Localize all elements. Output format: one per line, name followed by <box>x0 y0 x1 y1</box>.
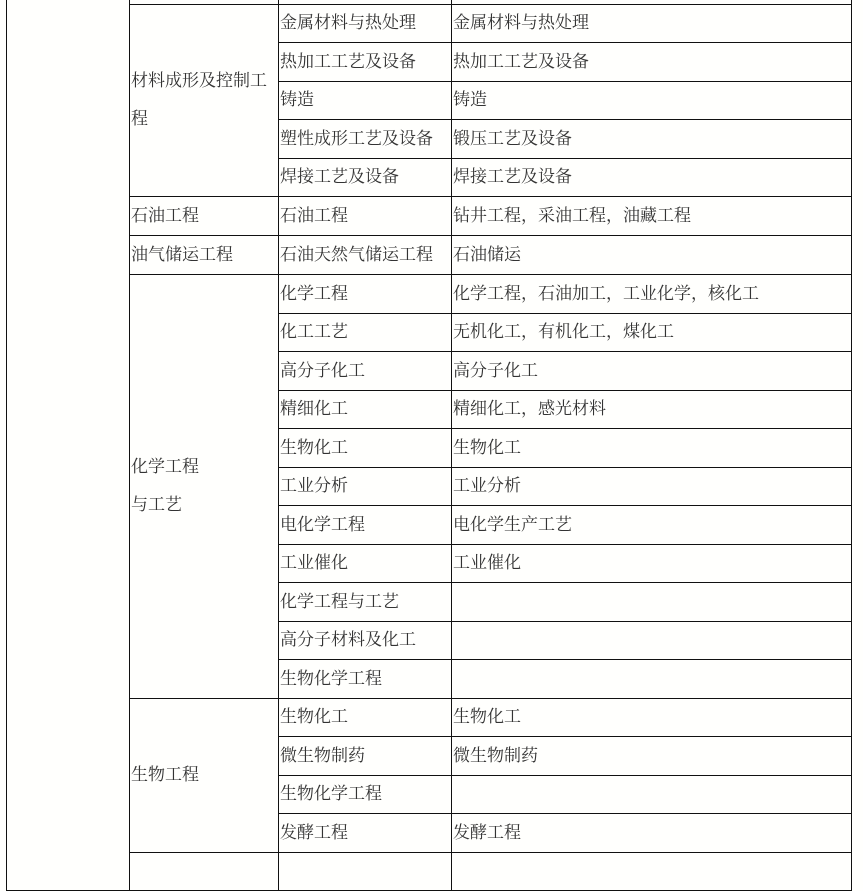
table-row: 化学工程 与工艺 化学工程 化学工程，石油加工，工业化学，核化工 <box>7 275 852 314</box>
major-cell: 化工工艺 <box>279 313 452 352</box>
old-major-cell: 工业分析 <box>452 467 852 506</box>
major-mapping-table: 材料成形及控制工程 金属材料与热处理 金属材料与热处理 热加工工艺及设备 热加工… <box>6 0 852 866</box>
major-cell: 生物化学工程 <box>279 775 452 814</box>
major-cell: 生物化工 <box>279 429 452 468</box>
old-major-cell <box>452 852 852 866</box>
category-cell <box>130 852 279 866</box>
major-cell: 生物化学工程 <box>279 660 452 699</box>
old-major-cell: 石油储运 <box>452 236 852 275</box>
category-cell: 生物工程 <box>130 698 279 852</box>
category-line-2: 与工艺 <box>131 486 278 524</box>
old-major-cell: 铸造 <box>452 81 852 120</box>
major-cell: 电化学工程 <box>279 506 452 545</box>
old-major-cell: 锻压工艺及设备 <box>452 120 852 159</box>
major-cell: 发酵工程 <box>279 814 452 853</box>
major-cell: 铸造 <box>279 81 452 120</box>
major-cell: 焊接工艺及设备 <box>279 158 452 197</box>
table-container: 材料成形及控制工程 金属材料与热处理 金属材料与热处理 热加工工艺及设备 热加工… <box>6 0 852 866</box>
old-major-cell: 无机化工，有机化工，煤化工 <box>452 313 852 352</box>
major-cell: 高分子化工 <box>279 352 452 391</box>
discipline-cell <box>7 0 130 866</box>
major-cell: 石油工程 <box>279 197 452 236</box>
old-major-cell: 微生物制药 <box>452 737 852 776</box>
major-cell: 精细化工 <box>279 390 452 429</box>
category-cell: 油气储运工程 <box>130 236 279 275</box>
old-major-cell: 金属材料与热处理 <box>452 4 852 43</box>
category-cell: 化学工程 与工艺 <box>130 275 279 699</box>
old-major-cell: 高分子化工 <box>452 352 852 391</box>
major-cell: 金属材料与热处理 <box>279 4 452 43</box>
old-major-cell: 精细化工，感光材料 <box>452 390 852 429</box>
major-cell: 塑性成形工艺及设备 <box>279 120 452 159</box>
old-major-cell: 发酵工程 <box>452 814 852 853</box>
old-major-cell <box>452 775 852 814</box>
major-cell: 微生物制药 <box>279 737 452 776</box>
old-major-cell: 生物化工 <box>452 698 852 737</box>
table-row: 生物工程 生物化工 生物化工 <box>7 698 852 737</box>
major-cell: 石油天然气储运工程 <box>279 236 452 275</box>
old-major-cell: 热加工工艺及设备 <box>452 43 852 82</box>
category-cell: 材料成形及控制工程 <box>130 4 279 197</box>
major-cell: 生物化工 <box>279 698 452 737</box>
old-major-cell: 电化学生产工艺 <box>452 506 852 545</box>
major-cell: 热加工工艺及设备 <box>279 43 452 82</box>
old-major-cell: 焊接工艺及设备 <box>452 158 852 197</box>
major-cell: 工业分析 <box>279 467 452 506</box>
category-cell: 石油工程 <box>130 197 279 236</box>
old-major-cell <box>452 660 852 699</box>
table-row: 油气储运工程 石油天然气储运工程 石油储运 <box>7 236 852 275</box>
major-cell: 化学工程 <box>279 275 452 314</box>
old-major-cell <box>452 583 852 622</box>
major-cell: 工业催化 <box>279 544 452 583</box>
table-row: 材料成形及控制工程 金属材料与热处理 金属材料与热处理 <box>7 4 852 43</box>
major-cell: 高分子材料及化工 <box>279 621 452 660</box>
old-major-cell: 工业催化 <box>452 544 852 583</box>
major-cell <box>279 852 452 866</box>
old-major-cell: 化学工程，石油加工，工业化学，核化工 <box>452 275 852 314</box>
old-major-cell: 生物化工 <box>452 429 852 468</box>
old-major-cell <box>452 621 852 660</box>
category-line-1: 化学工程 <box>131 448 278 486</box>
major-cell: 化学工程与工艺 <box>279 583 452 622</box>
old-major-cell: 钻井工程，采油工程，油藏工程 <box>452 197 852 236</box>
table-row: 石油工程 石油工程 钻井工程，采油工程，油藏工程 <box>7 197 852 236</box>
table-row <box>7 852 852 866</box>
